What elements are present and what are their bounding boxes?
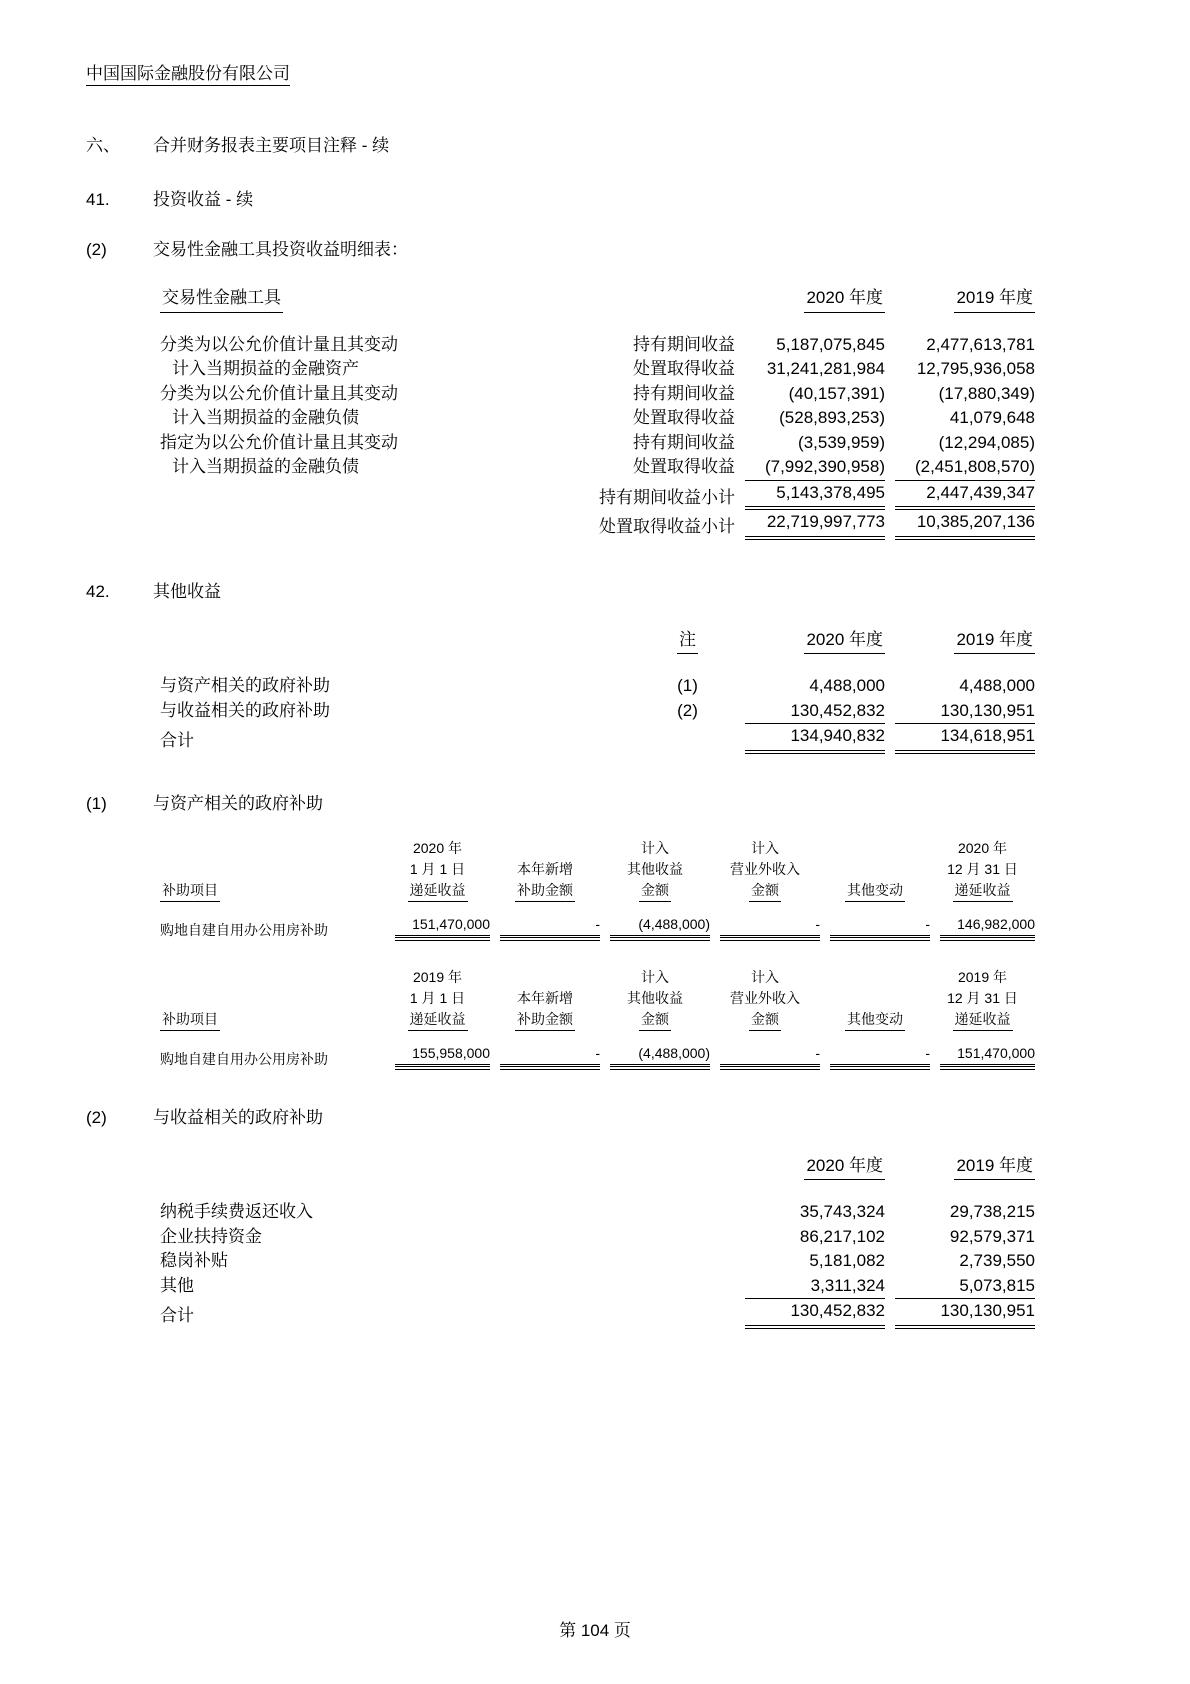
- row-label: 计入当期损益的金融负债: [160, 455, 530, 480]
- value-2019: 4,488,000: [885, 674, 1035, 699]
- row-sublabel: 处置取得收益: [530, 455, 735, 480]
- row-label: 稳岗补贴: [160, 1249, 735, 1274]
- value-2019: 12,795,936,058: [885, 357, 1035, 382]
- row-label: 与资产相关的政府补助: [160, 674, 640, 699]
- subtotal-row: 持有期间收益小计 5,143,378,495 2,447,439,347: [160, 480, 1035, 511]
- subtotal-value-2019: 2,447,439,347: [895, 480, 1035, 511]
- value-2019: 41,079,648: [885, 406, 1035, 431]
- value-2019: 92,579,371: [885, 1225, 1035, 1250]
- value-2020: 35,743,324: [735, 1200, 885, 1225]
- column-header-to-other-income: 计入 其他收益 金额: [600, 838, 710, 902]
- column-header-closing: 2019 年 12 月 31 日 递延收益: [930, 967, 1035, 1031]
- row-sublabel: 持有期间收益: [530, 333, 735, 358]
- table-row: 其他 3,311,324 5,073,815: [160, 1274, 1035, 1299]
- value-2020: 130,452,832: [735, 699, 885, 724]
- row-label: 分类为以公允价值计量且其变动: [160, 333, 530, 358]
- value-2020: 5,181,082: [735, 1249, 885, 1274]
- note-42-2-number: (2): [86, 1106, 153, 1130]
- value-2020: 86,217,102: [735, 1225, 885, 1250]
- note-ref: (1): [640, 674, 735, 699]
- column-header-2020: 2020 年度: [735, 286, 885, 313]
- value-2020: 3,311,324: [735, 1274, 885, 1299]
- column-header-opening: 2020 年 1 月 1 日 递延收益: [385, 838, 490, 902]
- value-2020: (3,539,959): [735, 431, 885, 456]
- table-row: 企业扶持资金 86,217,102 92,579,371: [160, 1225, 1035, 1250]
- note-42-1-number: (1): [86, 792, 153, 816]
- row-sublabel: 处置取得收益: [530, 406, 735, 431]
- table-header-row: 补助项目 2019 年 1 月 1 日 递延收益 本年新增 补助金额 计入 其他…: [160, 967, 1035, 1031]
- subtotal-value-2019: 10,385,207,136: [895, 510, 1035, 540]
- closing-balance: 146,982,000: [940, 914, 1035, 936]
- row-label: 纳税手续费返还收入: [160, 1200, 735, 1225]
- note-41-2-title: 交易性金融工具投资收益明细表：: [153, 238, 408, 262]
- document-page: 中国国际金融股份有限公司 六、 合并财务报表主要项目注释 - 续 41. 投资收…: [0, 0, 1190, 1684]
- total-row: 合计 134,940,832 134,618,951: [160, 723, 1035, 754]
- table-header-row: 注 2020 年度 2019 年度: [160, 628, 1035, 655]
- note-42-2-title: 与收益相关的政府补助: [153, 1106, 323, 1130]
- row-label: 指定为以公允价值计量且其变动: [160, 431, 530, 456]
- table-row: 与收益相关的政府补助 (2) 130,452,832 130,130,951: [160, 699, 1035, 724]
- section-6-heading: 六、 合并财务报表主要项目注释 - 续: [86, 134, 1190, 158]
- row-label: 购地自建自用办公用房补助: [160, 1043, 385, 1070]
- asset-grant-table-2019: 补助项目 2019 年 1 月 1 日 递延收益 本年新增 补助金额 计入 其他…: [160, 967, 1035, 1070]
- table-row: 纳税手续费返还收入 35,743,324 29,738,215: [160, 1200, 1035, 1225]
- value-2019: 2,739,550: [885, 1249, 1035, 1274]
- note-41-2-heading: (2) 交易性金融工具投资收益明细表：: [86, 238, 1190, 262]
- note-42-1-title: 与资产相关的政府补助: [153, 792, 323, 816]
- table-row: 指定为以公允价值计量且其变动 持有期间收益 (3,539,959) (12,29…: [160, 431, 1035, 456]
- table-header-row: 2020 年度 2019 年度: [160, 1154, 1035, 1181]
- subtotal-value-2020: 22,719,997,773: [745, 510, 885, 540]
- closing-balance: 151,470,000: [940, 1043, 1035, 1065]
- subtotal-label: 持有期间收益小计: [160, 480, 735, 511]
- column-header-closing: 2020 年 12 月 31 日 递延收益: [930, 838, 1035, 902]
- table-row: 购地自建自用办公用房补助 155,958,000 - (4,488,000) -…: [160, 1043, 1035, 1070]
- column-header-2020: 2020 年度: [735, 628, 885, 655]
- trading-instruments-table: 交易性金融工具 2020 年度 2019 年度 分类为以公允价值计量且其变动 持…: [160, 286, 1035, 540]
- value-2019: (2,451,808,570): [885, 455, 1035, 480]
- value-2020: 4,488,000: [735, 674, 885, 699]
- section-6-title: 合并财务报表主要项目注释 - 续: [153, 134, 389, 158]
- value-2020: (40,157,391): [735, 382, 885, 407]
- table-row: 购地自建自用办公用房补助 151,470,000 - (4,488,000) -…: [160, 914, 1035, 941]
- note-41-2-number: (2): [86, 238, 153, 262]
- income-grants-table: 2020 年度 2019 年度 纳税手续费返还收入 35,743,324 29,…: [160, 1154, 1035, 1329]
- note-42-2-heading: (2) 与收益相关的政府补助: [86, 1106, 1190, 1130]
- row-sublabel: 处置取得收益: [530, 357, 735, 382]
- column-header-2019: 2019 年度: [885, 286, 1035, 313]
- column-header-additions: 本年新增 补助金额: [490, 967, 600, 1031]
- value-2019: (17,880,349): [885, 382, 1035, 407]
- table-row: 计入当期损益的金融负债 处置取得收益 (528,893,253) 41,079,…: [160, 406, 1035, 431]
- total-label: 合计: [160, 723, 640, 754]
- note-ref: (2): [640, 699, 735, 724]
- table-row: 稳岗补贴 5,181,082 2,739,550: [160, 1249, 1035, 1274]
- total-label: 合计: [160, 1298, 735, 1329]
- total-value-2020: 130,452,832: [745, 1298, 885, 1329]
- to-nonoperating: -: [720, 1043, 820, 1065]
- value-2019: 2,477,613,781: [885, 333, 1035, 358]
- column-header-to-nonoperating: 计入 营业外收入 金额: [710, 967, 820, 1031]
- value-2020: (528,893,253): [735, 406, 885, 431]
- asset-grant-table-2020: 补助项目 2020 年 1 月 1 日 递延收益 本年新增 补助金额 计入 其他…: [160, 838, 1035, 941]
- company-name-text: 中国国际金融股份有限公司: [86, 64, 290, 86]
- to-nonoperating: -: [720, 914, 820, 936]
- row-label: 企业扶持资金: [160, 1225, 735, 1250]
- note-41-heading: 41. 投资收益 - 续: [86, 188, 1190, 212]
- note-41-number: 41.: [86, 188, 153, 212]
- value-2019: (12,294,085): [885, 431, 1035, 456]
- row-sublabel: 持有期间收益: [530, 431, 735, 456]
- note-41-title: 投资收益 - 续: [153, 188, 253, 212]
- total-value-2019: 130,130,951: [895, 1298, 1035, 1329]
- column-header-2019: 2019 年度: [885, 628, 1035, 655]
- value-2019: 29,738,215: [885, 1200, 1035, 1225]
- table-row: 计入当期损益的金融负债 处置取得收益 (7,992,390,958) (2,45…: [160, 455, 1035, 480]
- column-header-item: 补助项目: [160, 838, 385, 902]
- table-row: 与资产相关的政府补助 (1) 4,488,000 4,488,000: [160, 674, 1035, 699]
- column-header-to-nonoperating: 计入 营业外收入 金额: [710, 838, 820, 902]
- note-42-number: 42.: [86, 580, 153, 604]
- table-row: 计入当期损益的金融资产 处置取得收益 31,241,281,984 12,795…: [160, 357, 1035, 382]
- row-sublabel: 持有期间收益: [530, 382, 735, 407]
- column-header-other-changes: 其他变动: [820, 967, 930, 1031]
- additions: -: [500, 1043, 600, 1065]
- column-header-additions: 本年新增 补助金额: [490, 838, 600, 902]
- opening-balance: 155,958,000: [395, 1043, 490, 1065]
- total-value-2020: 134,940,832: [745, 723, 885, 754]
- value-2020: 5,187,075,845: [735, 333, 885, 358]
- column-header-item: 补助项目: [160, 967, 385, 1031]
- company-name: 中国国际金融股份有限公司: [86, 64, 1190, 84]
- subtotal-value-2020: 5,143,378,495: [745, 480, 885, 511]
- table-header-row: 补助项目 2020 年 1 月 1 日 递延收益 本年新增 补助金额 计入 其他…: [160, 838, 1035, 902]
- row-label: 分类为以公允价值计量且其变动: [160, 382, 530, 407]
- column-header-to-other-income: 计入 其他收益 金额: [600, 967, 710, 1031]
- column-header-instrument: 交易性金融工具: [160, 286, 530, 313]
- row-label: 与收益相关的政府补助: [160, 699, 640, 724]
- value-2019: 130,130,951: [885, 699, 1035, 724]
- value-2020: (7,992,390,958): [735, 455, 885, 480]
- subtotal-label: 处置取得收益小计: [160, 510, 735, 540]
- additions: -: [500, 914, 600, 936]
- row-label: 购地自建自用办公用房补助: [160, 914, 385, 941]
- total-value-2019: 134,618,951: [895, 723, 1035, 754]
- column-header-other-changes: 其他变动: [820, 838, 930, 902]
- note-42-title: 其他收益: [153, 580, 221, 604]
- table-row: 分类为以公允价值计量且其变动 持有期间收益 5,187,075,845 2,47…: [160, 333, 1035, 358]
- subtotal-row: 处置取得收益小计 22,719,997,773 10,385,207,136: [160, 510, 1035, 540]
- row-label: 其他: [160, 1274, 735, 1299]
- row-label: 计入当期损益的金融资产: [160, 357, 530, 382]
- column-header-opening: 2019 年 1 月 1 日 递延收益: [385, 967, 490, 1031]
- column-header-2019: 2019 年度: [885, 1154, 1035, 1181]
- opening-balance: 151,470,000: [395, 914, 490, 936]
- value-2019: 5,073,815: [885, 1274, 1035, 1299]
- column-header-2020: 2020 年度: [735, 1154, 885, 1181]
- note-42-heading: 42. 其他收益: [86, 580, 1190, 604]
- section-6-number: 六、: [86, 134, 153, 158]
- other-changes: -: [830, 1043, 930, 1065]
- to-other-income: (4,488,000): [610, 1043, 710, 1065]
- value-2020: 31,241,281,984: [735, 357, 885, 382]
- to-other-income: (4,488,000): [610, 914, 710, 936]
- other-income-table: 注 2020 年度 2019 年度 与资产相关的政府补助 (1) 4,488,0…: [160, 628, 1035, 754]
- page-number: 第 104 页: [0, 1620, 1190, 1642]
- table-header-row: 交易性金融工具 2020 年度 2019 年度: [160, 286, 1035, 313]
- total-row: 合计 130,452,832 130,130,951: [160, 1298, 1035, 1329]
- column-header-note: 注: [640, 628, 735, 655]
- note-42-1-heading: (1) 与资产相关的政府补助: [86, 792, 1190, 816]
- row-label: 计入当期损益的金融负债: [160, 406, 530, 431]
- other-changes: -: [830, 914, 930, 936]
- table-row: 分类为以公允价值计量且其变动 持有期间收益 (40,157,391) (17,8…: [160, 382, 1035, 407]
